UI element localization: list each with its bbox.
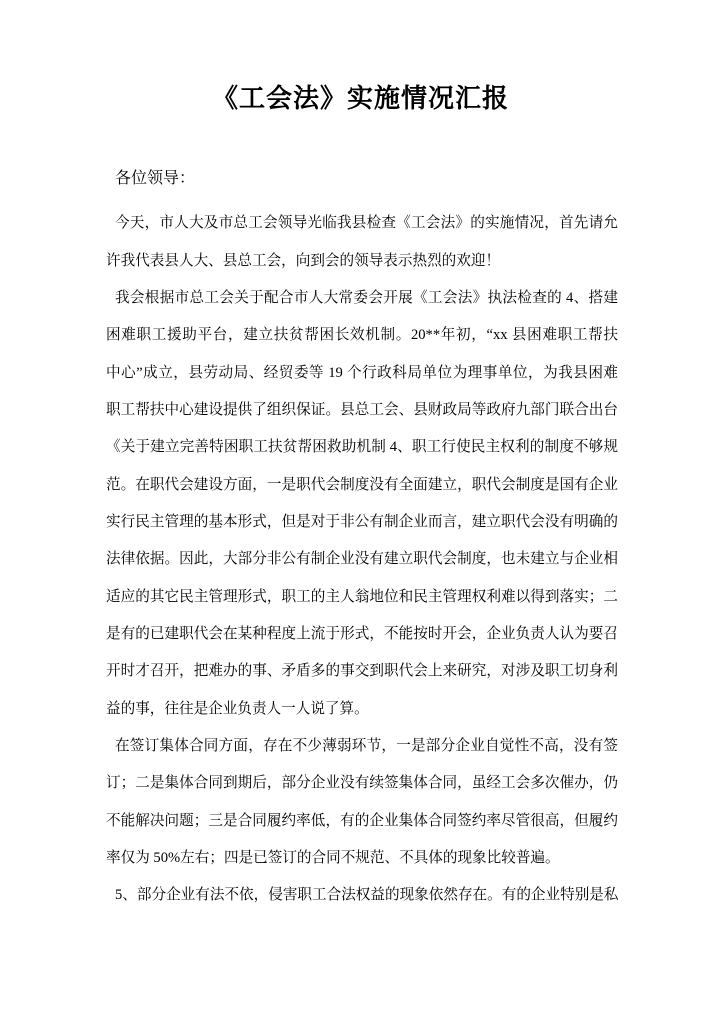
- text-line: 率仅为 50%左右；四是已签订的合同不规范、不具体的现象比较普遍。: [106, 840, 618, 877]
- text-line: 许我代表县人大、县总工会，向到会的领导表示热烈的欢迎！: [106, 243, 618, 280]
- text-line: 范。在职代会建设方面，一是职代会制度没有全面建立，职代会制度是国有企业: [106, 467, 618, 504]
- text-line: 职工帮扶中心建设提供了组织保证。县总工会、县财政局等政府九部门联合出台: [106, 392, 618, 429]
- text-line: 中心”成立，县劳动局、经贸委等 19 个行政科局单位为理事单位，为我县困难: [106, 355, 618, 392]
- text-line: 开时才召开，把难办的事、矛盾多的事交到职代会上来研究，对涉及职工切身利: [106, 653, 618, 690]
- text-line: 在签订集体合同方面，存在不少薄弱环节，一是部分企业自觉性不高，没有签: [106, 728, 618, 765]
- text-line: 困难职工援助平台，建立扶贫帮困长效机制。20**年初，“xx 县困难职工帮扶: [106, 317, 618, 354]
- document-title: 《工会法》实施情况汇报: [0, 0, 721, 116]
- text-line: 5、部分企业有法不依，侵害职工合法权益的现象依然存在。有的企业特别是私: [106, 877, 618, 914]
- text-line: 《关于建立完善特困职工扶贫帮困救助机制 4、职工行使民主权利的制度不够规: [106, 429, 618, 466]
- text-line: 法律依据。因此，大部分非公有制企业没有建立职代会制度，也未建立与企业相: [106, 541, 618, 578]
- text-line: 是有的已建职代会在某种程度上流于形式，不能按时开会，企业负责人认为要召: [106, 616, 618, 653]
- text-line: 益的事，往往是企业负责人一人说了算。: [106, 691, 618, 728]
- text-line: 订；二是集体合同到期后，部分企业没有续签集体合同，虽经工会多次催办，仍: [106, 765, 618, 802]
- text-line: 今天，市人大及市总工会领导光临我县检查《工会法》的实施情况，首先请允: [106, 205, 618, 242]
- document-body: 今天，市人大及市总工会领导光临我县检查《工会法》的实施情况，首先请允许我代表县人…: [106, 205, 618, 914]
- salutation-line: 各位领导：: [106, 160, 618, 197]
- text-line: 实行民主管理的基本形式，但是对于非公有制企业而言，建立职代会没有明确的: [106, 504, 618, 541]
- text-line: 我会根据市总工会关于配合市人大常委会开展《工会法》执法检查的 4、搭建: [106, 280, 618, 317]
- text-line: 不能解决问题；三是合同履约率低，有的企业集体合同签约率尽管很高，但履约: [106, 803, 618, 840]
- document-page: 《工会法》实施情况汇报 各位领导： 今天，市人大及市总工会领导光临我县检查《工会…: [0, 0, 721, 1020]
- text-line: 适应的其它民主管理形式，职工的主人翁地位和民主管理权利难以得到落实；二: [106, 579, 618, 616]
